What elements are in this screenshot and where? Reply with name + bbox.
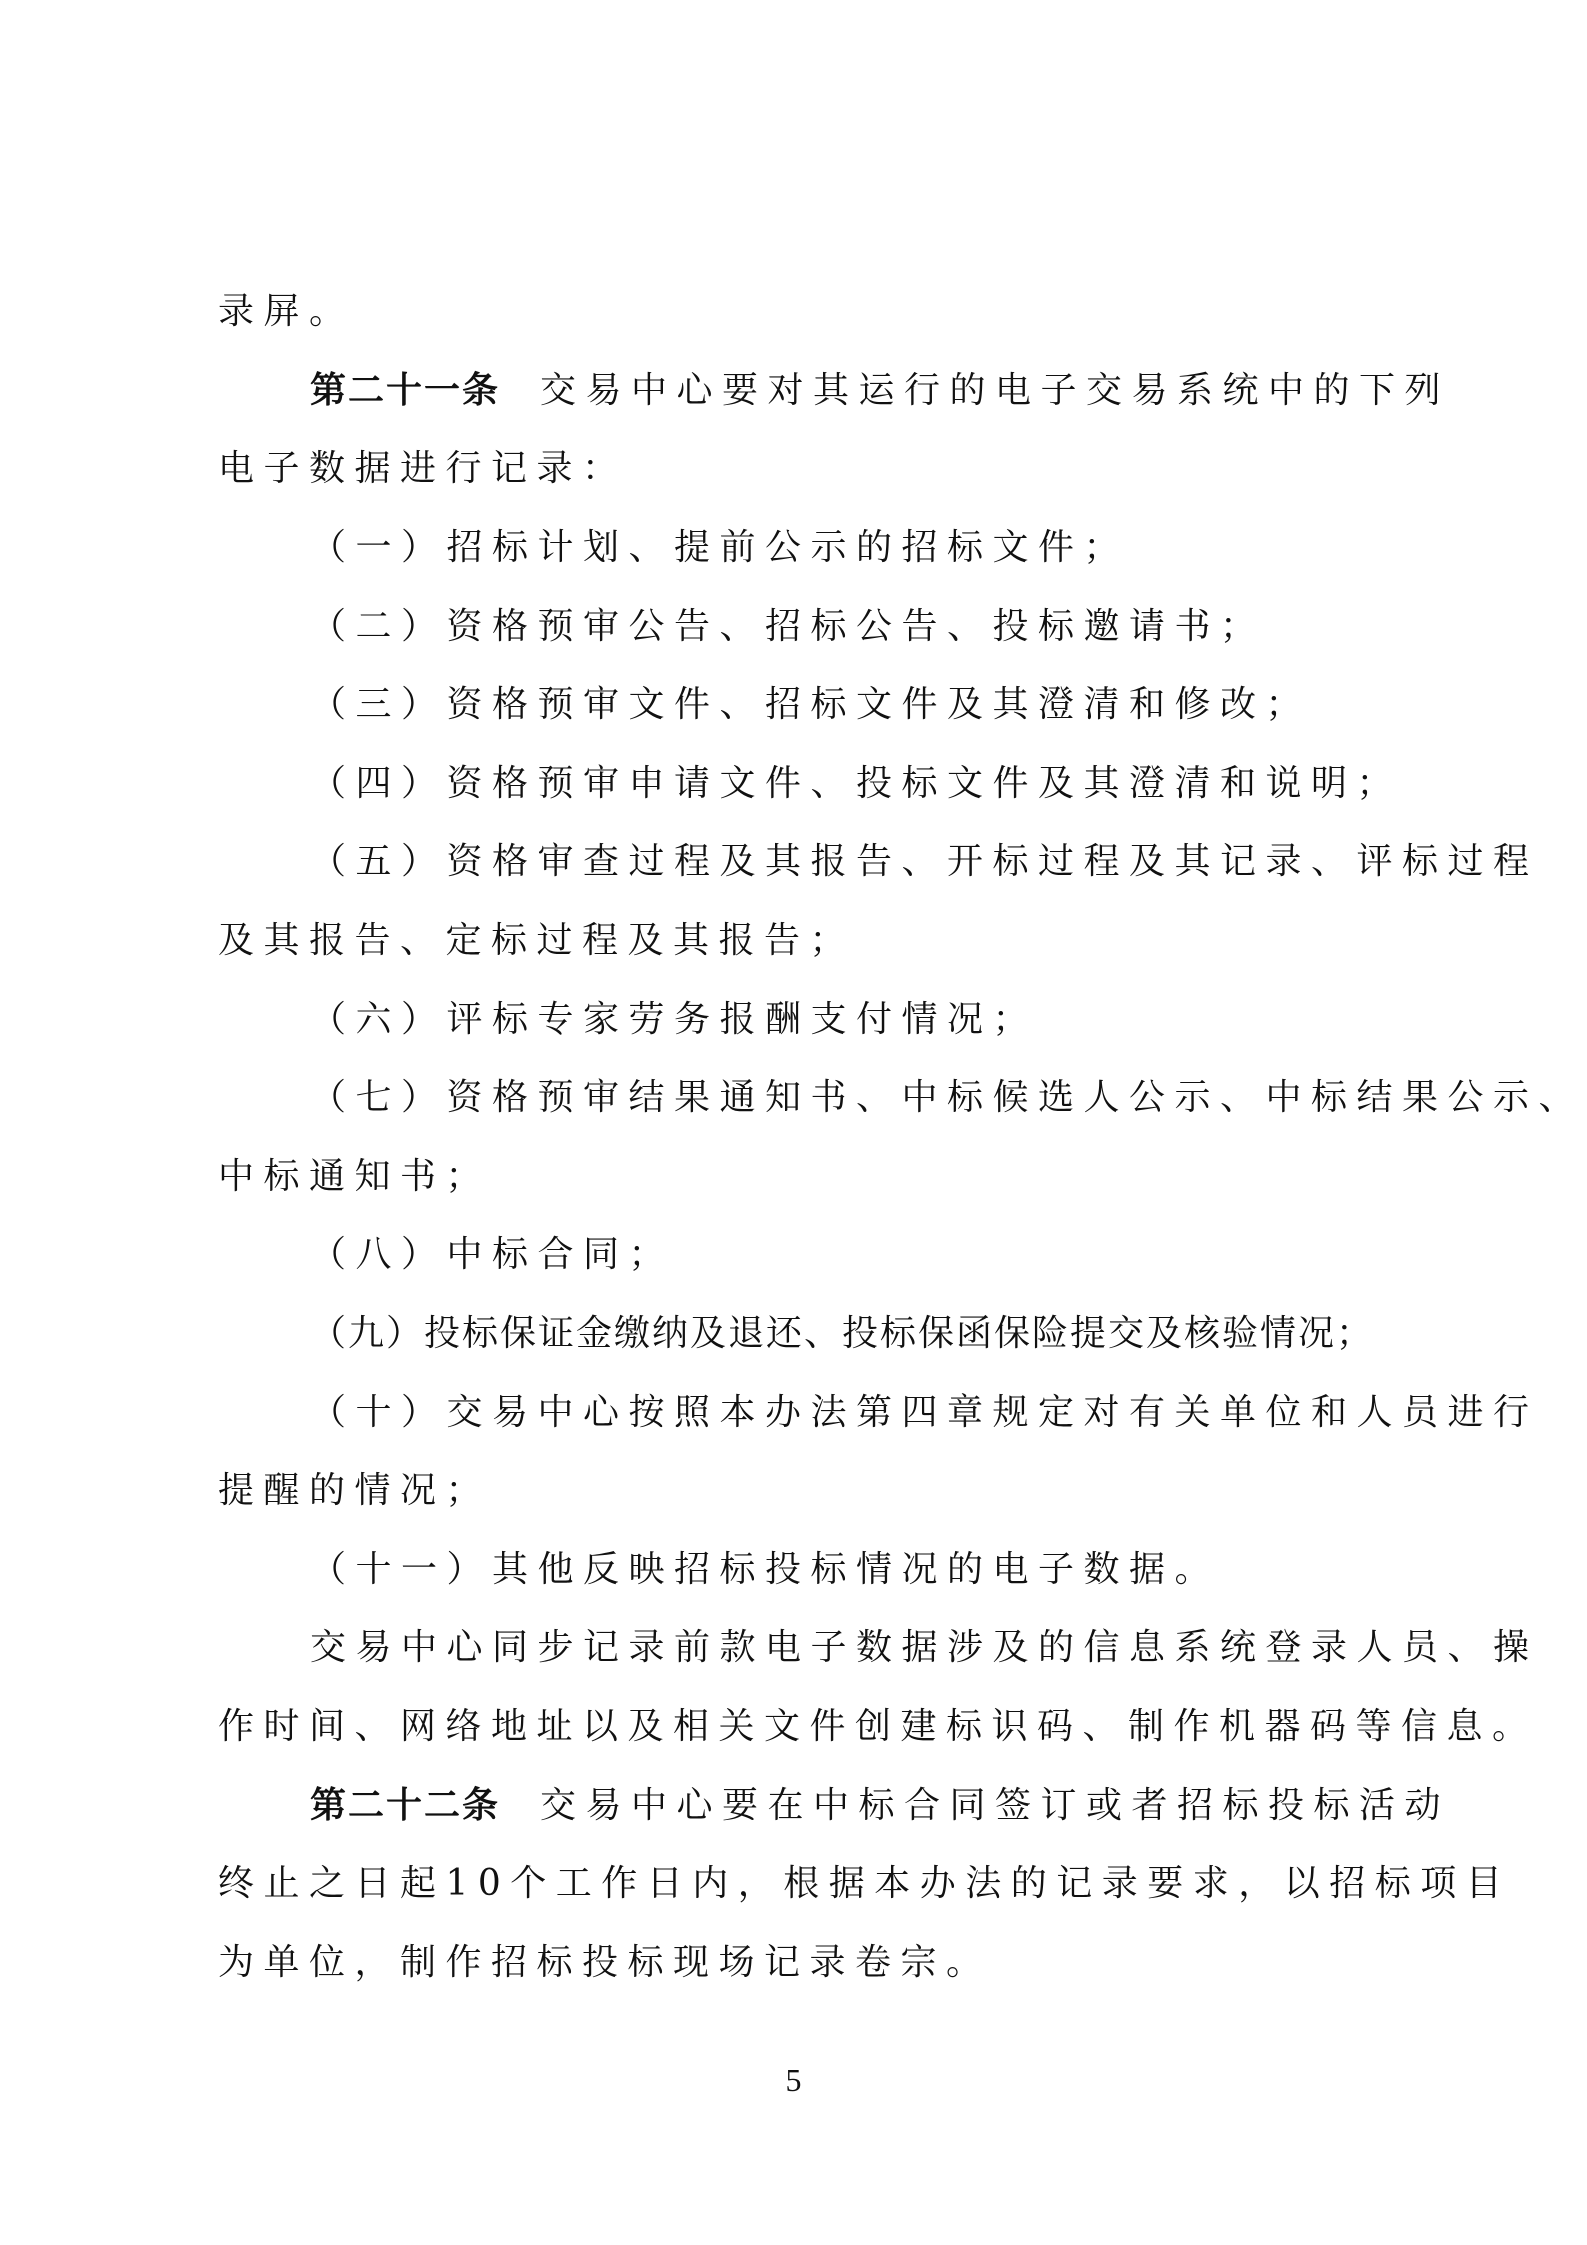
list-item: （一）招标计划、提前公示的招标文件； [310, 509, 1370, 588]
text-line: 及其报告、定标过程及其报告； [218, 902, 1368, 981]
article-heading: 第二十二条 [310, 1785, 500, 1826]
text-line: 终止之日起10个工作日内，根据本办法的记录要求，以招标项目 [218, 1845, 1368, 1924]
article-21-line: 第二十一条交易中心要对其运行的电子交易系统中的下列 [310, 352, 1370, 431]
text-line: 电子数据进行记录： [218, 430, 1368, 509]
list-item: （四）资格预审申请文件、投标文件及其澄清和说明； [310, 745, 1370, 824]
list-item: （七）资格预审结果通知书、中标候选人公示、中标结果公示、 [310, 1059, 1370, 1138]
document-page: 录屏。 第二十一条交易中心要对其运行的电子交易系统中的下列 电子数据进行记录： … [0, 0, 1587, 2245]
text-line: 作时间、网络地址以及相关文件创建标识码、制作机器码等信息。 [218, 1688, 1368, 1767]
list-item: （十一）其他反映招标投标情况的电子数据。 [310, 1531, 1370, 1610]
page-number: 5 [0, 2062, 1587, 2098]
list-item: （二）资格预审公告、招标公告、投标邀请书； [310, 588, 1370, 667]
list-item: （十）交易中心按照本办法第四章规定对有关单位和人员进行 [310, 1374, 1370, 1453]
article-text: 交易中心要对其运行的电子交易系统中的下列 [540, 370, 1450, 411]
text-line: 提醒的情况； [218, 1452, 1368, 1531]
article-text: 交易中心要在中标合同签订或者招标投标活动 [540, 1785, 1450, 1826]
text-line: 录屏。 [218, 273, 1368, 352]
text-line: 中标通知书； [218, 1138, 1368, 1217]
paragraph-line: 交易中心同步记录前款电子数据涉及的信息系统登录人员、操 [310, 1609, 1370, 1688]
list-item: （九）投标保证金缴纳及退还、投标保函保险提交及核验情况； [310, 1295, 1370, 1374]
article-22-line: 第二十二条交易中心要在中标合同签订或者招标投标活动 [310, 1767, 1370, 1846]
list-item: （六）评标专家劳务报酬支付情况； [310, 981, 1370, 1060]
text-line: 为单位，制作招标投标现场记录卷宗。 [218, 1924, 1368, 2003]
article-heading: 第二十一条 [310, 370, 500, 411]
list-item: （三）资格预审文件、招标文件及其澄清和修改； [310, 666, 1370, 745]
list-item: （五）资格审查过程及其报告、开标过程及其记录、评标过程 [310, 823, 1370, 902]
list-item: （八）中标合同； [310, 1216, 1370, 1295]
